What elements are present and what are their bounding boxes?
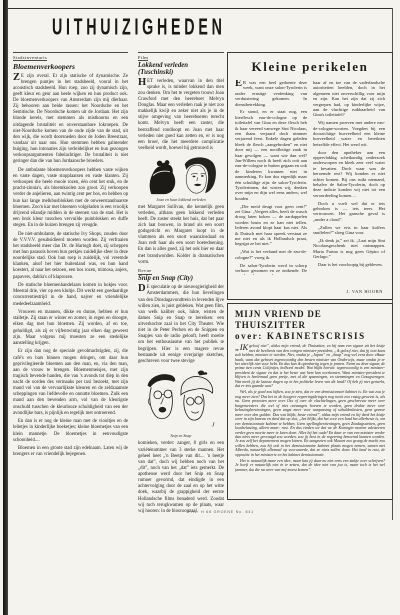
paragraph-text: R was een heel gedoente deze week, want …	[235, 80, 307, 107]
article-title-bloemenverkoopers: Bloemenverkoopers	[13, 62, 128, 71]
body-paragraph: Wij namen proeven met andere eau-de-colo…	[313, 120, 385, 147]
thuiszitter-body: „IK geloof niet”, aldus mijn vriend, de …	[235, 344, 385, 500]
body-paragraph: HET verleden, waarvan in den titel sprak…	[138, 79, 224, 153]
article-title-lokkend-verleden: Lokkend verleden (Tuschinski)	[138, 62, 224, 76]
newspaper-page: { "page": { "headline": "UITHUIZIGHEDEN"…	[0, 0, 400, 615]
paragraph-text: geloof niet”, aldus mijn vriend, de Thui…	[235, 344, 385, 388]
page-footer: PHL. H 68 GROENE No. 841	[188, 510, 254, 514]
body-paragraph: De niet-ambulante, de statische Ivy Shop…	[13, 232, 128, 281]
svg-text:J: J	[212, 422, 216, 429]
article-title-snip-en-snap: Snip en Snap (City)	[138, 275, 224, 282]
body-paragraph: Het is natuurlijk maar een idee, maar ka…	[235, 459, 385, 472]
body-paragraph: En dan is er nog de kleine man met de vi…	[13, 419, 128, 444]
box-text-columns: ER was een heel gedoente deze week, want…	[235, 80, 385, 275]
paragraph-text: E speculatie op de nieuwsgierigheid der …	[138, 285, 224, 364]
drop-cap: H	[138, 79, 147, 88]
box-text-column-right: haar af en toe van de vaderlandsche auto…	[313, 80, 385, 275]
paragraph-text: E zijn overal. Er zijn statische of dyna…	[13, 74, 128, 165]
body-paragraph: „Zullen we eris in haar koffers snuffele…	[313, 225, 385, 236]
joan-illustration	[142, 155, 220, 196]
box-title-line2: over: KABINETSCRISIS	[235, 331, 385, 341]
author-signature: J. VAN HOORN	[346, 289, 383, 294]
body-paragraph: Wel, als je goed zou kijken, zou je zien…	[235, 390, 385, 457]
drop-cap: E	[235, 80, 243, 89]
body-paragraph: haar af en toe van de vaderlandsche auto…	[313, 80, 385, 118]
body-paragraph: met Margaret Sullivan, die kennelijk gee…	[138, 205, 224, 266]
body-paragraph: „IK geloof niet”, aldus mijn vriend, de …	[235, 344, 385, 389]
column-film-revue: Film Lokkend verleden (Tuschinski) HET v…	[138, 52, 224, 514]
section-label-text: Revue	[138, 268, 152, 275]
body-paragraph: door den apotheker aan een oppervlakkig …	[313, 150, 385, 199]
body-paragraph: Er zijn dan nog de speciale gevolmachtig…	[13, 349, 128, 416]
section-label-text: Stadsinventaris	[13, 55, 47, 62]
body-paragraph: ZE zijn overal. Er zijn statische of dyn…	[13, 74, 128, 166]
body-paragraph: Doch u voelt wel dat er iets gebroken is…	[313, 201, 385, 223]
section-label-text: Film	[138, 55, 148, 62]
body-paragraph: DE speculatie op de nieuwsgierigheid der…	[138, 285, 224, 365]
body-paragraph: Bloemen in een groote stad zijn edelnaam…	[13, 446, 128, 458]
body-paragraph: De salon-Tyrolerin werd in scherp verhoo…	[235, 263, 307, 276]
body-paragraph: ER was een heel gedoente deze week, want…	[235, 80, 307, 107]
thuiszitter-box: MIJN VRIEND DE THUISZITTER over: KABINET…	[227, 303, 393, 500]
body-paragraph: De statische bloemenhandelaars komen in …	[13, 283, 128, 308]
section-label-revue: Revue	[138, 268, 224, 273]
binding-shadow	[3, 0, 8, 615]
section-label-stadsinventaris: Stadsinventaris	[13, 52, 128, 60]
box-title-line1: MIJN VRIEND DE THUISZITTER	[235, 309, 385, 331]
box-text-column-left: ER was een heel gedoente deze week, want…	[235, 80, 307, 275]
paragraph-text: ET verleden, waarvan in den titel sprake…	[138, 79, 224, 151]
body-paragraph: Er stond, en er staat nog, een literfles…	[235, 109, 307, 201]
drop-cap: D	[138, 285, 147, 294]
body-paragraph: Daar is het voorloopig bij gebleven.	[313, 262, 385, 267]
body-paragraph: Vrouwen en mannen, dikke en dunne, hebbe…	[13, 310, 128, 347]
drop-cap: Z	[13, 74, 21, 83]
illustration-caption-snip-snap: Snip en Snap	[138, 433, 224, 438]
illustration-caption-joan: Joan en haar lokkend verleden	[138, 197, 224, 202]
body-paragraph: De ambulante bloemenverkoopers hebben va…	[13, 168, 128, 229]
body-paragraph: „Die meid deugt voor geen cent!” zei Gin…	[235, 204, 307, 247]
kleine-perikelen-box: Kleine perikelen ER was een heel gedoent…	[227, 52, 393, 300]
box-title-kleine-perikelen: Kleine perikelen	[235, 59, 385, 75]
section-label-film: Film	[138, 52, 224, 60]
body-paragraph: komieken, verder: zanger, 8 girls en een…	[138, 441, 224, 514]
column-stadsinventaris: Stadsinventaris Bloemenverkoopers ZE zij…	[13, 52, 128, 514]
snip-snap-illustration: J	[140, 367, 222, 432]
body-paragraph: „Wat is het verband met de eau-de-cologn…	[235, 249, 307, 260]
drop-cap: „IK	[235, 344, 249, 351]
page-frame-top	[8, 8, 393, 9]
body-paragraph: „Ik denk ja,” zei ik. „Laat mijn Sint Ni…	[313, 238, 385, 260]
page-headline: UITHUIZIGHEDEN	[52, 15, 226, 42]
